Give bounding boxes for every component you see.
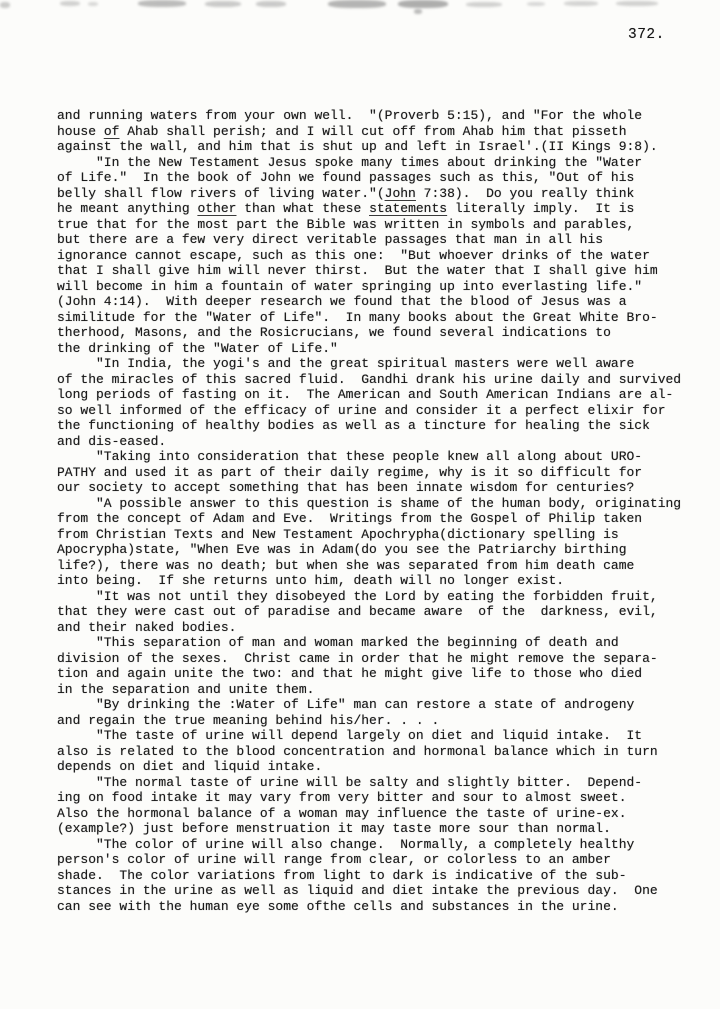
noise-smudge — [256, 1, 286, 7]
document-body: and running waters from your own well. "… — [57, 108, 675, 914]
text-line: ing on food intake it may vary from very… — [57, 790, 675, 806]
noise-smudge — [527, 2, 545, 6]
text-line: depends on diet and liquid intake. — [57, 759, 675, 775]
text-line: division of the sexes. Christ came in or… — [57, 651, 675, 667]
text-line: "By drinking the :Water of Life" man can… — [57, 697, 675, 713]
noise-smudge — [398, 0, 448, 8]
text-line: "It was not until they disobeyed the Lor… — [57, 589, 675, 605]
text-line: life?), there was no death; but when she… — [57, 558, 675, 574]
text-line: and regain the true meaning behind his/h… — [57, 713, 675, 729]
text-line: (John 4:14). With deeper research we fou… — [57, 294, 675, 310]
text-line: Apocrypha)state, "When Eve was in Adam(d… — [57, 542, 675, 558]
text-line: "The taste of urine will depend largely … — [57, 728, 675, 744]
text-line: against the wall, and him that is shut u… — [57, 139, 675, 155]
text-line: into being. If she returns unto him, dea… — [57, 573, 675, 589]
scanned-document-page: 372. and running waters from your own we… — [0, 0, 720, 1009]
text-line: and their naked bodies. — [57, 620, 675, 636]
text-line: similitude for the "Water of Life". In m… — [57, 310, 675, 326]
text-line: "Taking into consideration that these pe… — [57, 449, 675, 465]
noise-smudge — [138, 0, 186, 7]
text-line: from the concept of Adam and Eve. Writin… — [57, 511, 675, 527]
noise-smudge — [564, 1, 598, 6]
text-line: therhood, Masons, and the Rosicrucians, … — [57, 325, 675, 341]
text-line: house of Ahab shall perish; and I will c… — [57, 124, 675, 140]
noise-smudge — [88, 2, 98, 6]
text-line: of Life." In the book of John we found p… — [57, 170, 675, 186]
text-line: person's color of urine will range from … — [57, 852, 675, 868]
noise-smudge — [0, 2, 10, 8]
noise-smudge — [205, 1, 241, 7]
scan-noise-band — [0, 0, 720, 14]
text-line: that I shall give him will never thirst.… — [57, 263, 675, 279]
page-number: 372. — [628, 27, 665, 43]
text-line: (example?) just before menstruation it m… — [57, 821, 675, 837]
text-line: long periods of fasting on it. The Ameri… — [57, 387, 675, 403]
text-line: our society to accept something that has… — [57, 480, 675, 496]
text-line: that they were cast out of paradise and … — [57, 604, 675, 620]
text-line: "In the New Testament Jesus spoke many t… — [57, 155, 675, 171]
text-line: the functioning of healthy bodies as wel… — [57, 418, 675, 434]
text-line: "A possible answer to this question is s… — [57, 496, 675, 512]
noise-smudge — [466, 2, 502, 7]
text-line: he meant anything other than what these … — [57, 201, 675, 217]
text-line: ignorance cannot escape, such as this on… — [57, 248, 675, 264]
text-line: but there are a few very direct veritabl… — [57, 232, 675, 248]
text-line: from Christian Texts and New Testament A… — [57, 527, 675, 543]
noise-smudge — [616, 1, 658, 6]
text-line: "This separation of man and woman marked… — [57, 635, 675, 651]
text-line: "The color of urine will also change. No… — [57, 837, 675, 853]
text-line: also is related to the blood concentrati… — [57, 744, 675, 760]
text-line: Also the hormonal balance of a woman may… — [57, 806, 675, 822]
text-line: the drinking of the "Water of Life." — [57, 341, 675, 357]
noise-smudge — [60, 1, 80, 6]
noise-smudge — [414, 9, 422, 14]
text-line: in the separation and unite them. — [57, 682, 675, 698]
text-line: belly shall flow rivers of living water.… — [57, 186, 675, 202]
text-line: "The normal taste of urine will be salty… — [57, 775, 675, 791]
text-line: true that for the most part the Bible wa… — [57, 217, 675, 233]
text-line: stances in the urine as well as liquid a… — [57, 883, 675, 899]
text-line: tion and again unite the two: and that h… — [57, 666, 675, 682]
text-line: can see with the human eye some ofthe ce… — [57, 899, 675, 915]
noise-smudge — [328, 0, 386, 8]
text-line: "In India, the yogi's and the great spir… — [57, 356, 675, 372]
text-line: and dis-eased. — [57, 434, 675, 450]
text-line: PATHY and used it as part of their daily… — [57, 465, 675, 481]
text-line: of the miracles of this sacred fluid. Ga… — [57, 372, 675, 388]
text-line: shade. The color variations from light t… — [57, 868, 675, 884]
text-line: so well informed of the efficacy of urin… — [57, 403, 675, 419]
text-line: will become in him a fountain of water s… — [57, 279, 675, 295]
text-line: and running waters from your own well. "… — [57, 108, 675, 124]
